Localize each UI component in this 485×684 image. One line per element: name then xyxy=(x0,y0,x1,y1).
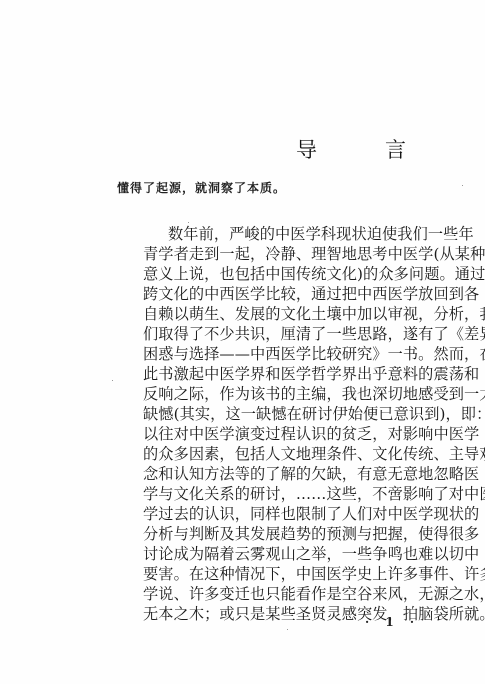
text-line: 学说、许多变迁也只能看作是空谷来风，无源之水， xyxy=(143,584,421,604)
text-line: 要害。在这种情况下，中国医学史上许多事件、许多 xyxy=(143,564,421,584)
chapter-title-char-1: 导 xyxy=(296,137,317,163)
text-line: 以往对中医学演变过程认识的贫乏，对影响中医学 xyxy=(143,424,421,444)
scan-speck xyxy=(112,380,113,381)
text-line: 困惑与选择——中西医学比较研究》一书。然而，在 xyxy=(143,344,421,364)
epigraph: 懂得了起源，就洞察了本质。 xyxy=(117,180,286,196)
scan-speck xyxy=(287,629,288,630)
text-line: 缺憾(其实，这一缺憾在研讨伊始便已意识到)，即： xyxy=(143,404,421,424)
text-line: 学与文化关系的研讨，……这些，不啻影响了对中医 xyxy=(143,484,421,504)
chapter-title-char-2: 言 xyxy=(385,137,406,163)
page-number: · 1 · xyxy=(365,614,420,630)
text-line: 青学者走到一起，冷静、理智地思考中医学(从某种 xyxy=(143,244,421,264)
scan-speck xyxy=(462,185,463,186)
text-line: 此书激起中医学界和医学哲学界出乎意料的震荡和 xyxy=(143,364,421,384)
text-line: 念和认知方法等的了解的欠缺，有意无意地忽略医 xyxy=(143,464,421,484)
text-line: 的众多因素，包括人文地理条件、文化传统、主导观 xyxy=(143,444,421,464)
text-line: 意义上说，也包括中国传统文化)的众多问题。通过 xyxy=(143,264,421,284)
text-line: 数年前，严峻的中医学科现状迫使我们一些年 xyxy=(143,224,421,244)
document-page: 导 言 懂得了起源，就洞察了本质。 数年前，严峻的中医学科现状迫使我们一些年 青… xyxy=(0,0,485,684)
chapter-title: 导 言 xyxy=(296,137,406,163)
text-line: 反响之际，作为该书的主编，我也深切地感受到一大 xyxy=(143,384,421,404)
body-paragraph: 数年前，严峻的中医学科现状迫使我们一些年 青学者走到一起，冷静、理智地思考中医学… xyxy=(143,224,421,624)
scan-speck xyxy=(188,222,189,223)
text-line: 们取得了不少共识，厘清了一些思路，遂有了《差异、 xyxy=(143,324,421,344)
text-line: 学过去的认识，同样也限制了人们对中医学现状的 xyxy=(143,504,421,524)
text-line: 跨文化的中西医学比较，通过把中西医学放回到各 xyxy=(143,284,421,304)
text-line: 讨论成为隔着云雾观山之举，一些争鸣也难以切中 xyxy=(143,544,421,564)
text-line: 分析与判断及其发展趋势的预测与把握，使得很多 xyxy=(143,524,421,544)
text-line: 自赖以萌生、发展的文化土壤中加以审视，分析，我 xyxy=(143,304,421,324)
